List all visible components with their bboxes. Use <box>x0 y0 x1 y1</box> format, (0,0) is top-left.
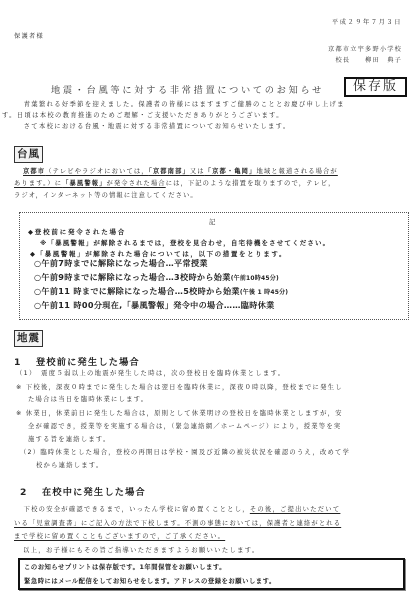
case-text: ○午前11 時00分現在,「暴風警報」発令中の場合……臨時休業 <box>34 300 275 310</box>
greeting-line-1: 青葉繁れる好季節を迎えました。保護者の皆様にはますますご健勝のこととお慶び申し上… <box>16 99 345 111</box>
school-name: 京都市立宇多野小学校 <box>328 44 402 53</box>
document-title: 地震・台風等に対する非常措置についてのお知らせ <box>51 82 324 96</box>
bullet-warning-lifted: ◆「暴風警報」が解除された場合については，以下の措置をとります。 <box>30 249 287 258</box>
intro-fragment: には，下記のような措置を取りますので，テレビ， <box>166 180 336 187</box>
eq-note-2-line-1: ※ 休業日，休業前日に発生した場合は，原則として休業明けの登校日を臨時休業としま… <box>16 408 343 420</box>
case-warning-at-11am: ○午前11 時00分現在,「暴風警報」発令中の場合……臨時休業 <box>34 300 275 311</box>
eq-item-1: （1） 震度５弱以上の地震が発生した時は，次の登校日を臨時休業とします。 <box>16 368 285 380</box>
notice-email-line: 緊急時にはメール配信をしてお知らせをします。アドレスの登録をお願いします。 <box>24 576 276 585</box>
document-date: 平成２９年７月３日 <box>332 17 402 26</box>
section-number: 1 <box>14 357 36 368</box>
section-title: 在校中に発生した場合 <box>42 487 146 498</box>
typhoon-intro-line-3: ラジオ，インターネット等の情報に注意してください。 <box>14 190 198 202</box>
intro-fragment: 又は <box>190 168 205 175</box>
case-before-7am: ○午前7時までに解除になった場合…平常授業 <box>34 258 208 269</box>
principal: 校長 柳田 典子 <box>336 55 403 64</box>
eq-s2-para-line-1: 下校の安全が確認できるまで，いったん学校に留め置くこととし，その後，ご提出いただ… <box>16 504 340 516</box>
addressee: 保護者様 <box>14 31 44 40</box>
section-number: 2 <box>20 487 42 498</box>
case-text: ○午前11 時までに解除になった場合…5校時から始業 <box>34 286 240 296</box>
para-fragment: 下校の安全が確認できるまで，いったん学校に留め置くこととし， <box>16 506 250 513</box>
typhoon-intro-line-1: 京都市（テレビやラジオにおいては，「京都南部」又は「京都・亀岡」地域と報道される… <box>23 166 338 178</box>
storm-warning: 「暴風警報」 <box>62 180 106 187</box>
case-before-9am: ○午前9時までに解除になった場合…3校時から始業(午前10時45分) <box>34 272 279 283</box>
typhoon-heading: 台風 <box>14 146 43 163</box>
eq-s2-para-line-2: いる「児童調査書」にご記入の方法で下校します。不測の事態においては，保護者と連絡… <box>14 518 341 530</box>
intro-fragment: が発令された場合 <box>107 180 166 187</box>
section-title: 登校前に発生した場合 <box>36 357 140 368</box>
eq-note-2-line-3: 施する旨を連絡します。 <box>28 434 111 446</box>
case-text: ○午前9時までに解除になった場合…3校時から始業 <box>34 272 231 282</box>
case-before-11am: ○午前11 時までに解除になった場合…5校時から始業(午後 1 時45分) <box>34 286 288 297</box>
closing-line: 以上，お子様にもその旨ご指導いただきますようお願いいたします。 <box>23 545 260 557</box>
ki-label: 記 <box>209 217 215 226</box>
greeting-line-2: す。日頃は本校の教育推進のためご理解・ご支援いただきありがとうございます。 <box>2 110 284 122</box>
case-text: ○午前7時までに解除になった場合…平常授業 <box>34 258 208 268</box>
note-home-standby: ※「暴風警報」が解除されるまでは，登校を見合わせ，自宅待機をさせてください。 <box>40 238 330 247</box>
intro-fragment: あります。）に <box>14 180 62 187</box>
para-fragment-underlined: その後，ご提出いただいて <box>250 506 341 513</box>
preserve-badge: 保存版 <box>344 77 407 97</box>
earthquake-heading: 地震 <box>14 330 43 347</box>
kyoto-city: 京都市 <box>23 168 45 175</box>
area-kyoto-south: 「京都南部」 <box>149 168 190 175</box>
case-time: (午前10時45分) <box>231 275 279 282</box>
intro-fragment: （テレビやラジオにおいては， <box>45 168 148 175</box>
eq-note-1-line-2: た場合は当日を臨時休業にします。 <box>28 394 148 406</box>
eq-s2-para-line-3: まで学校に留め置くこともございますので，ご了承ください。 <box>14 531 225 543</box>
bullet-before-school: ◆登校前に発令された場合 <box>28 227 126 236</box>
area-kyoto-kameoka: 「京都・亀岡」 <box>205 168 257 175</box>
greeting-line-3: さて本校における台風・地震に対する非常措置についてお知らせいたします。 <box>16 121 290 133</box>
principal-title: 校長 <box>336 57 351 64</box>
notice-preserve-line: このお知らせプリントは保存版です。1年間保管をお願いします。 <box>24 562 226 571</box>
section-2-heading: 2在校中に発生した場合 <box>20 484 146 498</box>
eq-note-1-line-1: ※ 下校後，深夜０時までに発生した場合は翌日を臨時休業に，深夜０時以降，登校まで… <box>16 382 343 394</box>
eq-item-2-line-1: （2）臨時休業とした場合，登校の再開日は学校・園及び近隣の被災状況を確認のうえ，… <box>20 447 350 459</box>
case-time: (午後 1 時45分) <box>240 289 288 296</box>
section-1-heading: 1登校前に発生した場合 <box>14 354 140 368</box>
typhoon-intro-line-2: あります。）に「暴風警報」が発令された場合には，下記のような措置を取りますので，… <box>14 178 336 190</box>
eq-note-2-line-2: 全が確認でき，授業等を実施する場合は，（緊急連絡網／ホームページ）により，授業等… <box>28 421 341 433</box>
principal-name: 柳田 典子 <box>365 57 402 64</box>
intro-fragment: 地域と報道される場合が <box>256 168 337 175</box>
eq-item-2-line-2: 校から連絡します。 <box>36 460 103 472</box>
